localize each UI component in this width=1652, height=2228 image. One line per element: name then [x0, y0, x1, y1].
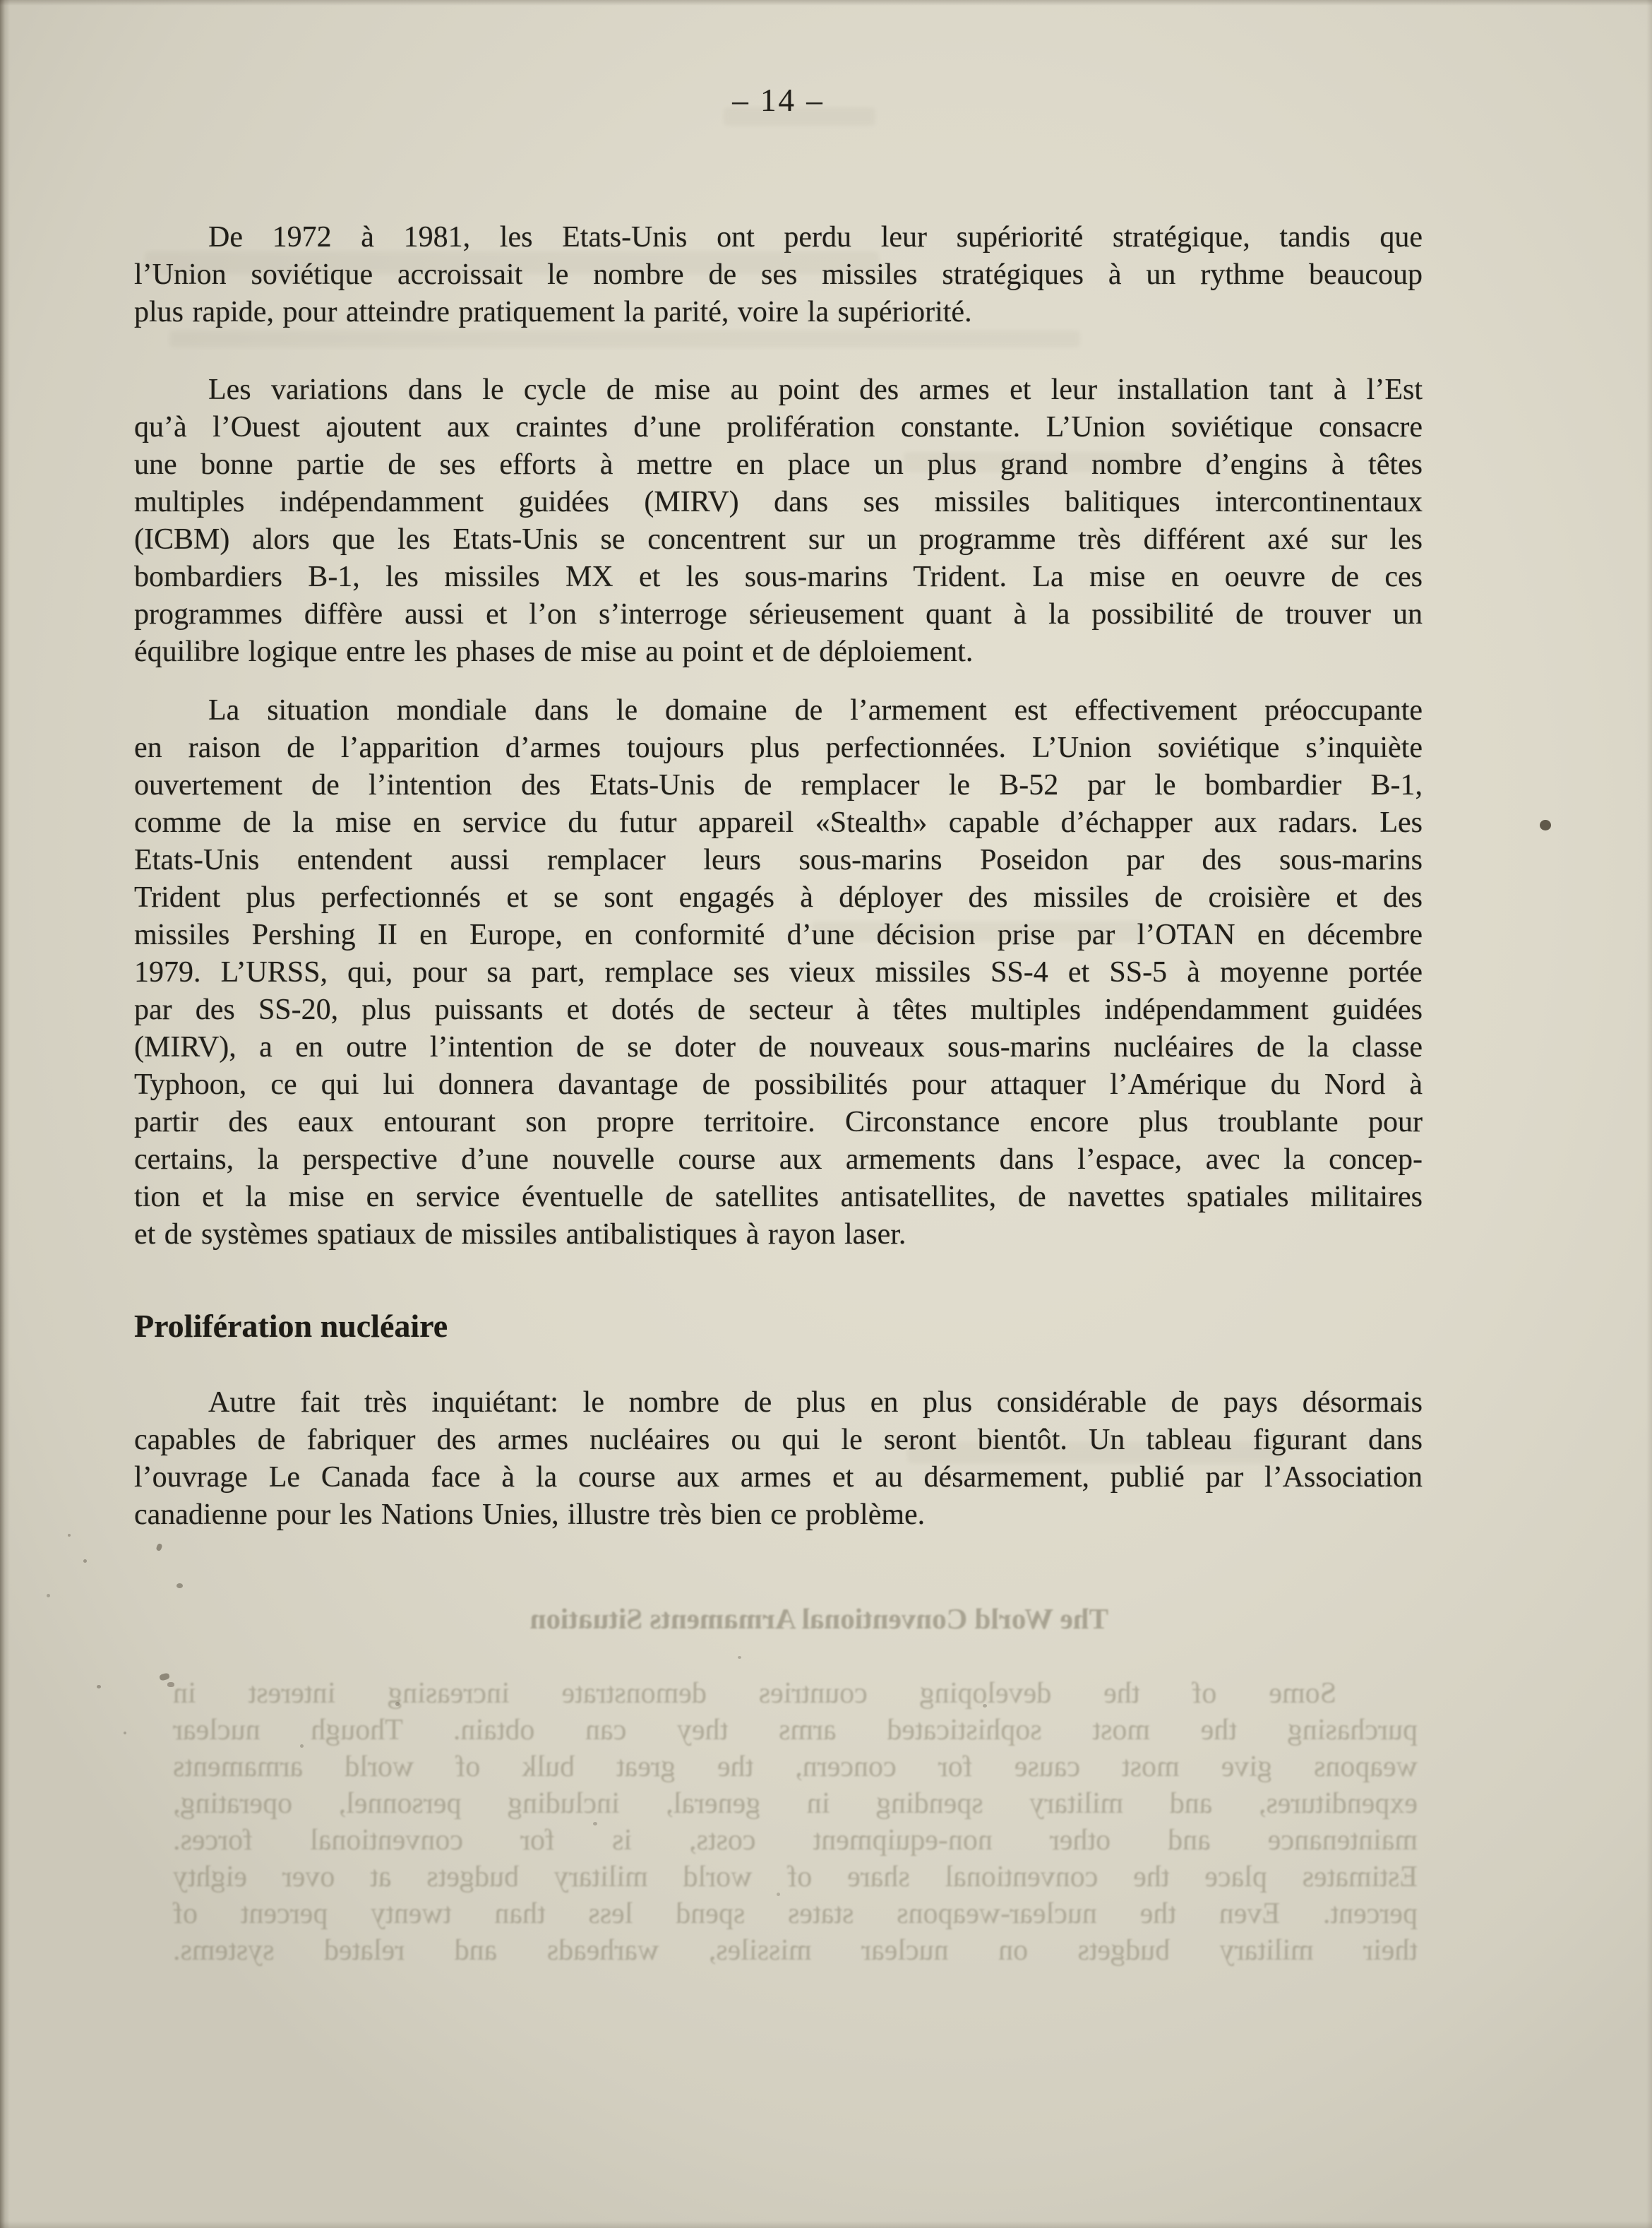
dust-speck — [983, 1704, 987, 1708]
page-number: – 14 – — [134, 82, 1423, 119]
dust-speck — [167, 1682, 174, 1687]
scanned-document-page: The World Conventional Armaments Situati… — [0, 0, 1652, 2228]
text-line: Les variations dans le cycle de mise au … — [134, 371, 1423, 409]
bleed-through-line: their military budgets on nuclear missil… — [173, 1932, 1418, 1969]
text-line: Etats-Unis entendent aussi remplacer leu… — [134, 842, 1423, 879]
dust-speck — [300, 1744, 304, 1748]
text-line: par des SS-20, plus puissants et dotés d… — [134, 991, 1423, 1029]
dust-speck — [176, 1583, 183, 1588]
text-line: l’ouvrage Le Canada face à la course aux… — [134, 1459, 1423, 1496]
text-line: missiles Pershing II en Europe, en confo… — [134, 917, 1423, 954]
text-line: (ICBM) alors que les Etats-Unis se conce… — [134, 521, 1423, 559]
text-line: Typhoon, ce qui lui donnera davantage de… — [134, 1066, 1423, 1104]
dust-speck — [156, 1543, 163, 1551]
bleed-through-line: purchasing the most sophisticated arms t… — [173, 1712, 1418, 1749]
dust-speck — [124, 1732, 126, 1734]
dust-speck — [159, 1672, 170, 1681]
text-line: capables de fabriquer des armes nucléair… — [134, 1422, 1423, 1459]
text-line: et de systèmes spatiaux de missiles anti… — [134, 1216, 1423, 1253]
text-line: programmes diffère aussi et l’on s’inter… — [134, 596, 1423, 633]
text-line: 1979. L’URSS, qui, pour sa part, remplac… — [134, 954, 1423, 991]
bleed-through-line: Some of the developing countries demonst… — [173, 1675, 1418, 1712]
dust-speck — [738, 1656, 741, 1659]
paragraph-1: De 1972 à 1981, les Etats-Unis ont perdu… — [134, 219, 1423, 331]
scan-edge-left — [0, 0, 10, 2228]
text-line: comme de la mise en service du futur app… — [134, 804, 1423, 842]
bleed-through-line: Estimates place the conventional share o… — [173, 1859, 1418, 1895]
text-line: La situation mondiale dans le domaine de… — [134, 692, 1423, 729]
text-line: en raison de l’apparition d’armes toujou… — [134, 729, 1423, 767]
dust-speck — [395, 1702, 400, 1706]
text-line: certains, la perspective d’une nouvelle … — [134, 1141, 1423, 1179]
scan-edge-right — [1646, 0, 1652, 2228]
text-line: plus rapide, pour atteindre pratiquement… — [134, 294, 1423, 331]
text-line: Autre fait très inquiétant: le nombre de… — [134, 1384, 1423, 1422]
text-line: De 1972 à 1981, les Etats-Unis ont perdu… — [134, 219, 1423, 256]
text-line: tion et la mise en service éventuelle de… — [134, 1179, 1423, 1216]
bleed-through-line: weapons give most cause for concern, the… — [173, 1749, 1418, 1785]
bleed-through-line: percent. Even the nuclear-weapons states… — [173, 1895, 1418, 1932]
text-line: Trident plus perfectionnés et se sont en… — [134, 879, 1423, 917]
text-line: qu’à l’Ouest ajoutent aux craintes d’une… — [134, 409, 1423, 446]
bleed-through-line: maintenance and other non-equipment cost… — [173, 1822, 1418, 1859]
bleed-through-heading: The World Conventional Armaments Situati… — [173, 1602, 1108, 1636]
dust-speck — [777, 1893, 780, 1896]
text-line: canadienne pour les Nations Unies, illus… — [134, 1496, 1423, 1534]
text-line: une bonne partie de ses efforts à mettre… — [134, 446, 1423, 484]
bleed-through-line: expenditures, and military spending in g… — [173, 1785, 1418, 1822]
text-line: (MIRV), a en outre l’intention de se dot… — [134, 1029, 1423, 1066]
text-line: ouvertement de l’intention des Etats-Uni… — [134, 767, 1423, 804]
text-line: bombardiers B-1, les missiles MX et les … — [134, 559, 1423, 596]
text-line: multiples indépendamment guidées (MIRV) … — [134, 484, 1423, 521]
dust-speck — [97, 1685, 101, 1688]
ghost-band — [169, 330, 1080, 347]
text-line: l’Union soviétique accroissait le nombre… — [134, 256, 1423, 294]
paragraph-4: Autre fait très inquiétant: le nombre de… — [134, 1384, 1423, 1534]
dust-speck — [593, 1822, 597, 1825]
text-line: partir des eaux entourant son propre ter… — [134, 1104, 1423, 1141]
dust-speck — [83, 1559, 87, 1563]
text-line: équilibre logique entre les phases de mi… — [134, 633, 1423, 671]
dust-speck — [68, 1534, 71, 1537]
section-heading: Prolifération nucléaire — [134, 1306, 448, 1346]
dust-speck — [47, 1594, 50, 1597]
paragraph-3: La situation mondiale dans le domaine de… — [134, 692, 1423, 1253]
paragraph-2: Les variations dans le cycle de mise au … — [134, 371, 1423, 671]
ink-dot — [1540, 820, 1551, 830]
scan-edge-top — [0, 0, 1652, 6]
scan-edge-bottom — [0, 2221, 1652, 2228]
